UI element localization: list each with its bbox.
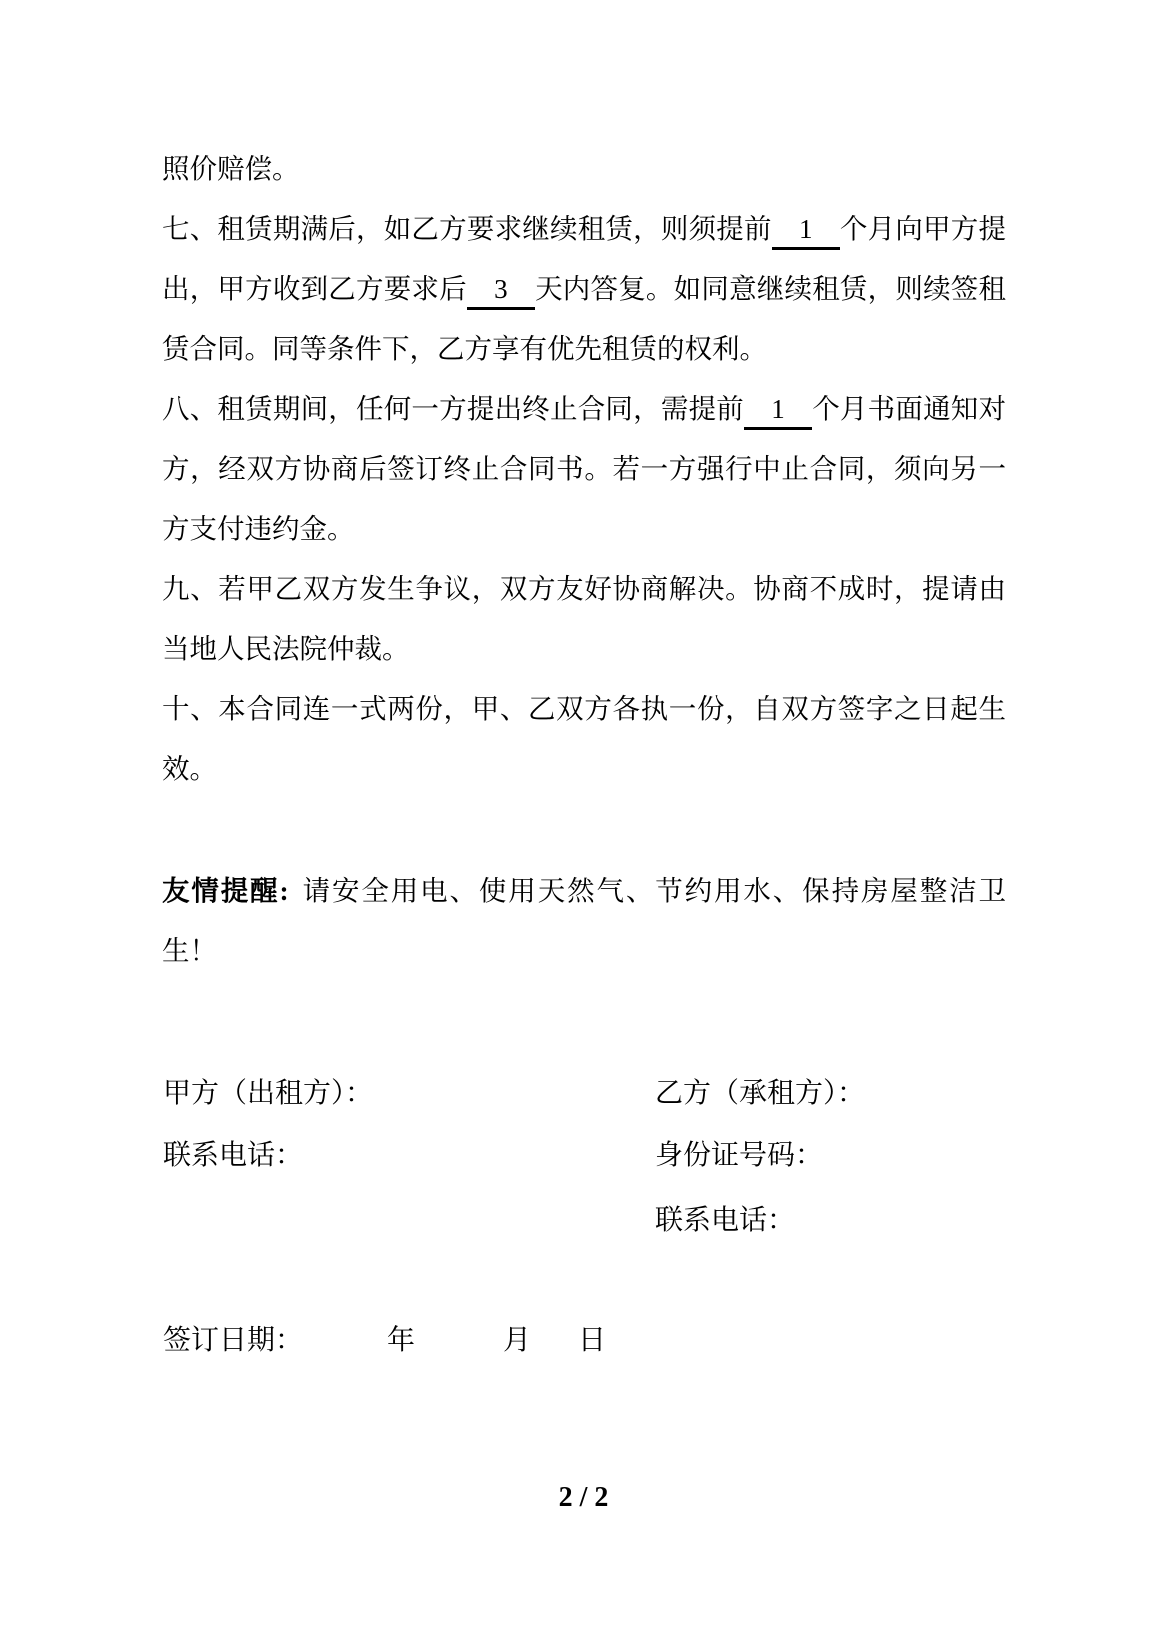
sign-date-label: 签订日期： <box>163 1321 303 1361</box>
clause-text: 七、租赁期满后，如乙方要求继续租赁，则须提前 <box>162 213 772 244</box>
clause-text: 九、若甲乙双方发生争议，双方友好协商解决。协商不成时，提请由当地人民法院仲裁。 <box>162 573 1006 664</box>
clause-text: 照价赔偿。 <box>162 153 300 184</box>
reminder-label: 友情提醒: <box>162 875 289 906</box>
blank-renewal-notice-months: 1 <box>772 213 840 250</box>
party-a-phone-label: 联系电话： <box>163 1136 303 1176</box>
clause-10: 十、本合同连一式两份，甲、乙双方各执一份，自双方签字之日起生效。 <box>162 679 1006 799</box>
clause-9: 九、若甲乙双方发生争议，双方友好协商解决。协商不成时，提请由当地人民法院仲裁。 <box>162 559 1006 679</box>
blank-reply-days: 3 <box>467 273 535 310</box>
friendly-reminder: 友情提醒:请安全用电、使用天然气、节约用水、保持房屋整洁卫生！ <box>162 861 1006 981</box>
party-a-label: 甲方（出租方）： <box>163 1074 373 1114</box>
contract-body: 照价赔偿。 七、租赁期满后，如乙方要求继续租赁，则须提前1个月向甲方提出，甲方收… <box>162 139 1006 981</box>
blank-termination-notice-months: 1 <box>744 393 812 430</box>
party-b-phone-label: 联系电话： <box>655 1201 795 1241</box>
clause-7: 七、租赁期满后，如乙方要求继续租赁，则须提前1个月向甲方提出，甲方收到乙方要求后… <box>162 199 1006 379</box>
month-label: 月 <box>503 1321 531 1361</box>
party-b-label: 乙方（承租方）： <box>655 1074 865 1114</box>
party-b-id-label: 身份证号码： <box>655 1136 823 1176</box>
clause-6-tail: 照价赔偿。 <box>162 139 1006 199</box>
contract-page: 照价赔偿。 七、租赁期满后，如乙方要求继续租赁，则须提前1个月向甲方提出，甲方收… <box>0 0 1167 1651</box>
clause-8: 八、租赁期间，任何一方提出终止合同，需提前1个月书面通知对方，经双方协商后签订终… <box>162 379 1006 559</box>
page-number: 2 / 2 <box>0 1478 1167 1518</box>
clause-text: 十、本合同连一式两份，甲、乙双方各执一份，自双方签字之日起生效。 <box>162 693 1006 784</box>
day-label: 日 <box>578 1321 606 1361</box>
clause-text: 八、租赁期间，任何一方提出终止合同，需提前 <box>162 393 744 424</box>
year-label: 年 <box>387 1321 415 1361</box>
